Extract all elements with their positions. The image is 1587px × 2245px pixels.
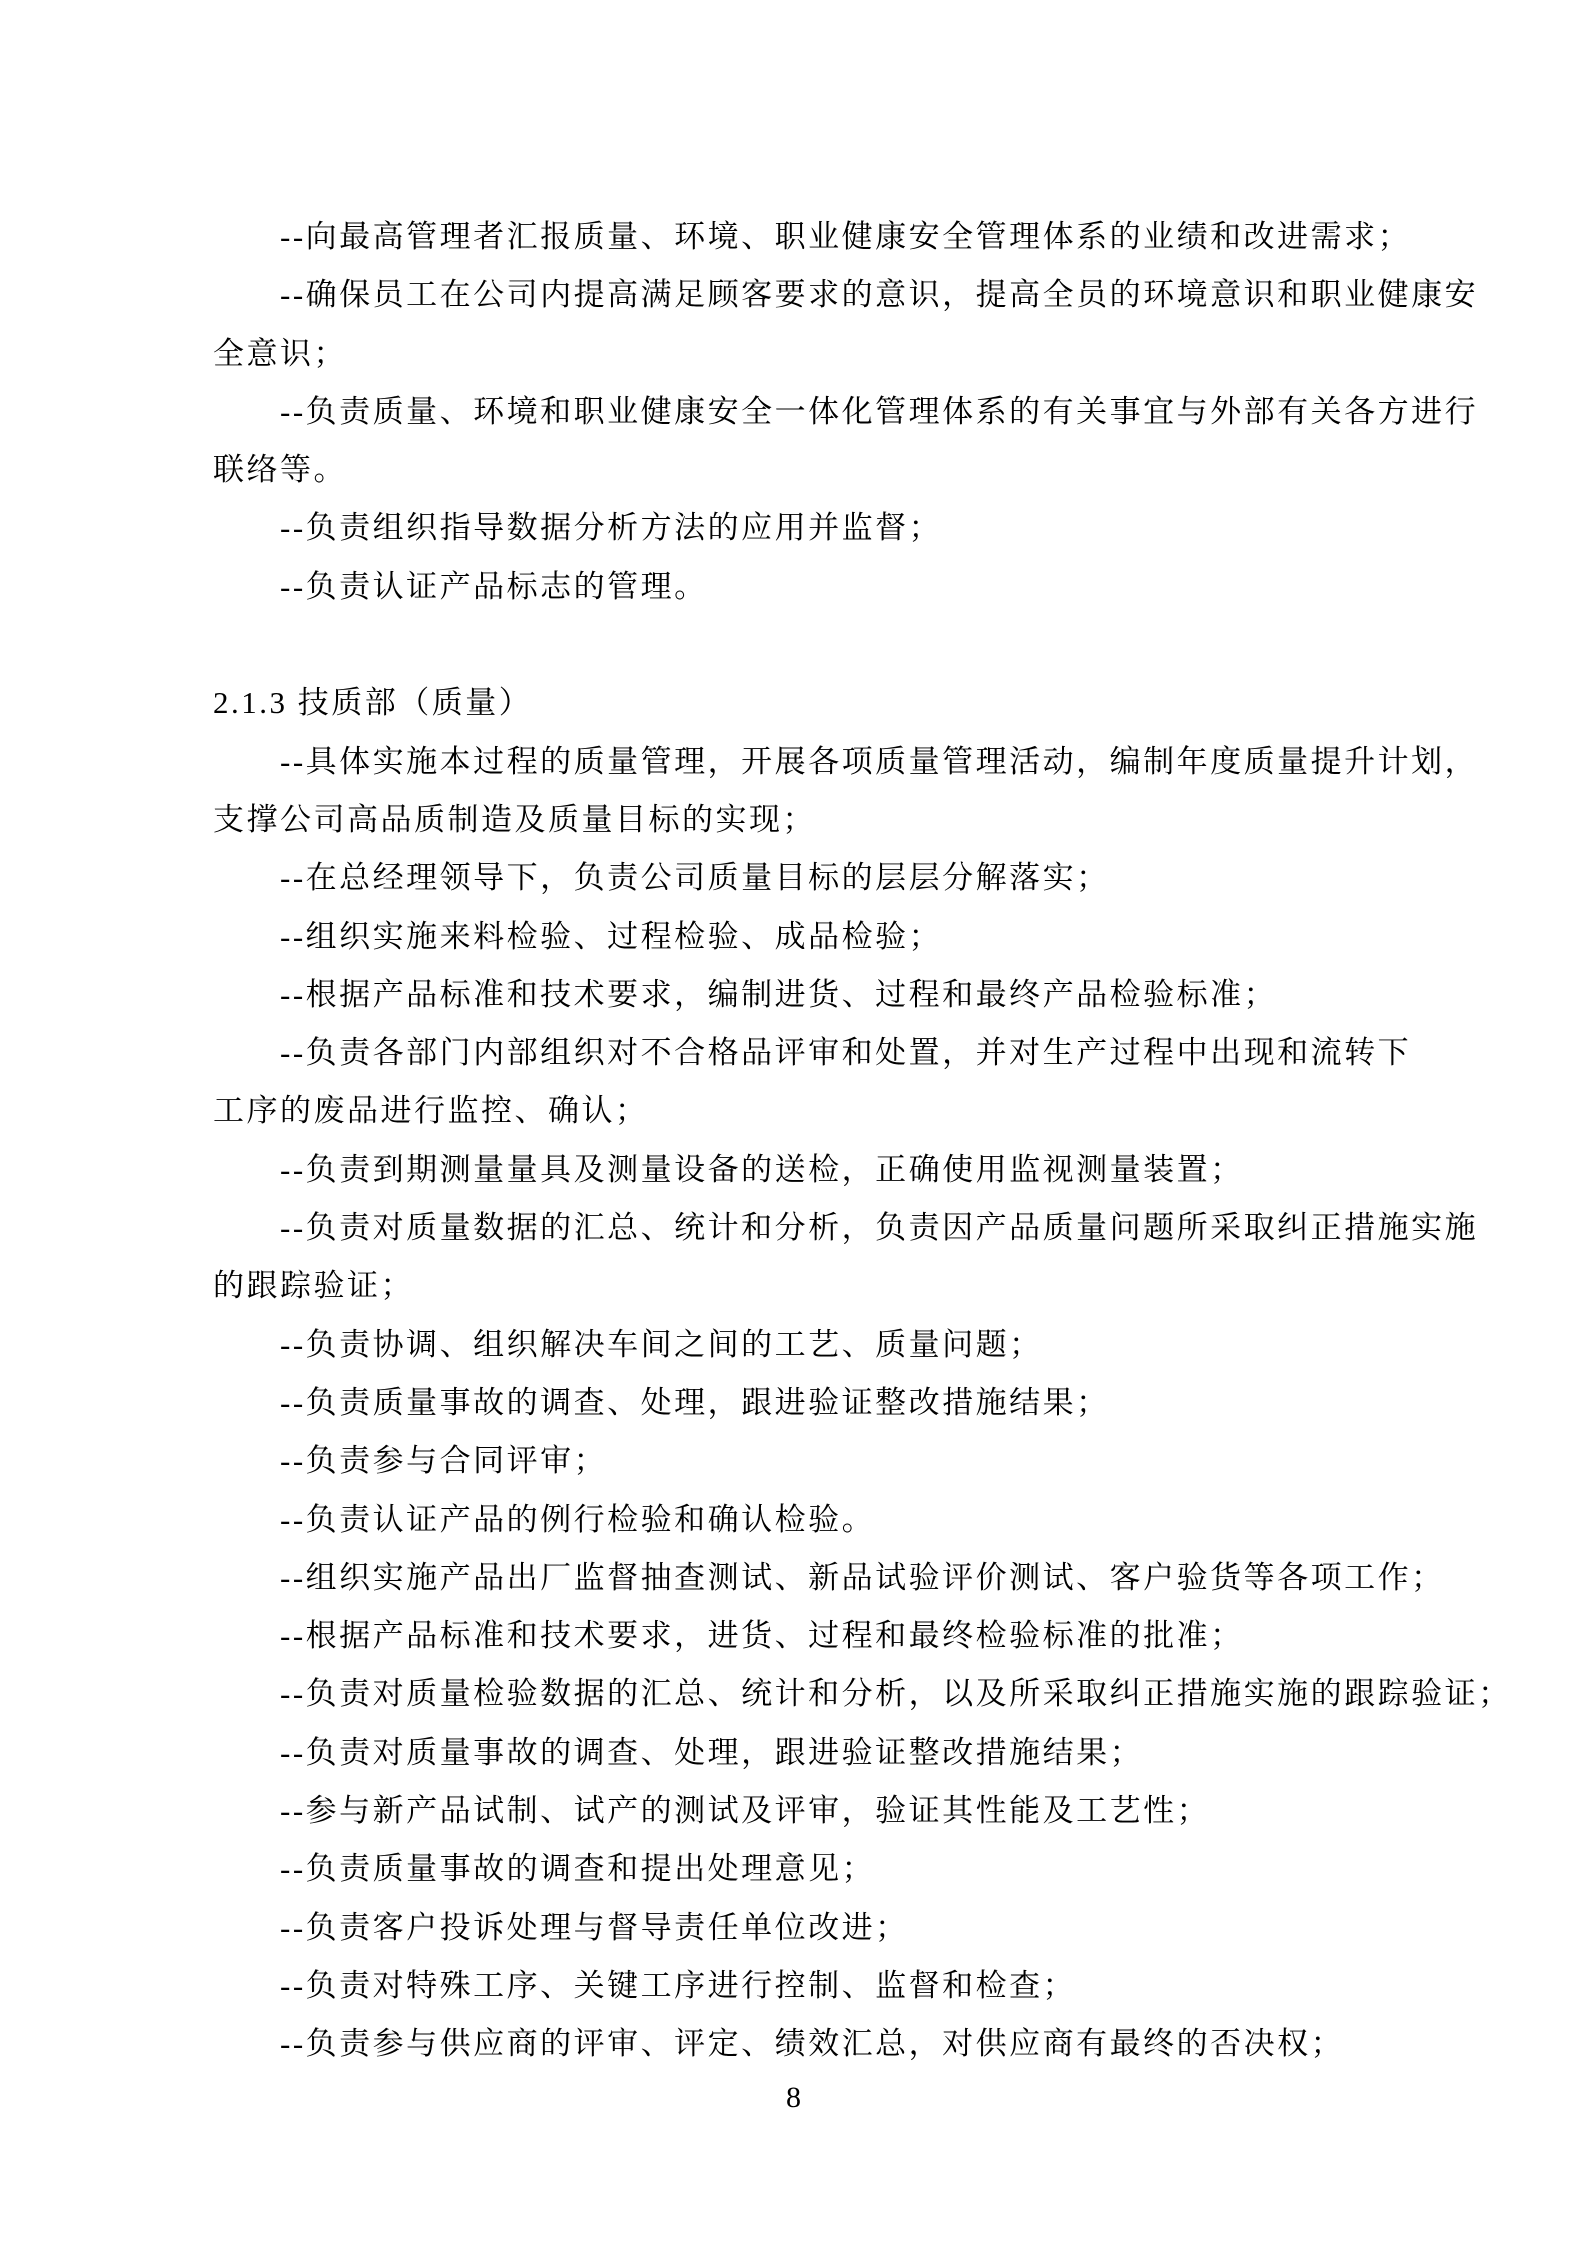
text-line: --向最高管理者汇报质量、环境、职业健康安全管理体系的业绩和改进需求；	[213, 208, 1453, 266]
text-line: --负责认证产品的例行检验和确认检验。	[213, 1491, 1453, 1549]
text-line: --负责对特殊工序、关键工序进行控制、监督和检查；	[213, 1957, 1453, 2015]
text-line: --负责各部门内部组织对不合格品评审和处置，并对生产过程中出现和流转下	[213, 1024, 1453, 1082]
text-line: 支撑公司高品质制造及质量目标的实现；	[213, 791, 1453, 849]
text-line: --负责客户投诉处理与督导责任单位改进；	[213, 1899, 1453, 1957]
text-line: --负责到期测量量具及测量设备的送检，正确使用监视测量装置；	[213, 1141, 1453, 1199]
text-line: --组织实施来料检验、过程检验、成品检验；	[213, 908, 1453, 966]
text-line: --参与新产品试制、试产的测试及评审，验证其性能及工艺性；	[213, 1782, 1453, 1840]
text-line: --负责对质量数据的汇总、统计和分析，负责因产品质量问题所采取纠正措施实施	[213, 1199, 1453, 1257]
text-line: 的跟踪验证；	[213, 1257, 1453, 1315]
text-line: --具体实施本过程的质量管理，开展各项质量管理活动，编制年度质量提升计划，	[213, 733, 1453, 791]
text-line: 联络等。	[213, 441, 1453, 499]
text-line: --负责质量事故的调查和提出处理意见；	[213, 1840, 1453, 1898]
text-line: --负责组织指导数据分析方法的应用并监督；	[213, 499, 1453, 557]
text-line: --负责参与合同评审；	[213, 1432, 1453, 1490]
text-line: --确保员工在公司内提高满足顾客要求的意识，提高全员的环境意识和职业健康安	[213, 266, 1453, 324]
text-line: --负责认证产品标志的管理。	[213, 558, 1453, 616]
text-line: 全意识；	[213, 325, 1453, 383]
text-line: --负责对质量事故的调查、处理，跟进验证整改措施结果；	[213, 1724, 1453, 1782]
document-body: --向最高管理者汇报质量、环境、职业健康安全管理体系的业绩和改进需求；--确保员…	[213, 208, 1453, 2074]
text-line: --负责质量事故的调查、处理，跟进验证整改措施结果；	[213, 1374, 1453, 1432]
text-line: --负责对质量检验数据的汇总、统计和分析，以及所采取纠正措施实施的跟踪验证；	[213, 1665, 1453, 1723]
section-heading: 2.1.3 技质部（质量）	[213, 674, 1453, 732]
text-line: 工序的废品进行监控、确认；	[213, 1082, 1453, 1140]
text-line: --根据产品标准和技术要求，进货、过程和最终检验标准的批准；	[213, 1607, 1453, 1665]
text-line: --组织实施产品出厂监督抽查测试、新品试验评价测试、客户验货等各项工作；	[213, 1549, 1453, 1607]
page-number: 8	[0, 2069, 1587, 2127]
text-line: --负责协调、组织解决车间之间的工艺、质量问题；	[213, 1316, 1453, 1374]
text-line: --负责参与供应商的评审、评定、绩效汇总，对供应商有最终的否决权；	[213, 2015, 1453, 2073]
text-line: --负责质量、环境和职业健康安全一体化管理体系的有关事宜与外部有关各方进行	[213, 383, 1453, 441]
text-line: --在总经理领导下，负责公司质量目标的层层分解落实；	[213, 849, 1453, 907]
document-page: --向最高管理者汇报质量、环境、职业健康安全管理体系的业绩和改进需求；--确保员…	[0, 0, 1587, 2245]
text-line: --根据产品标准和技术要求，编制进货、过程和最终产品检验标准；	[213, 966, 1453, 1024]
